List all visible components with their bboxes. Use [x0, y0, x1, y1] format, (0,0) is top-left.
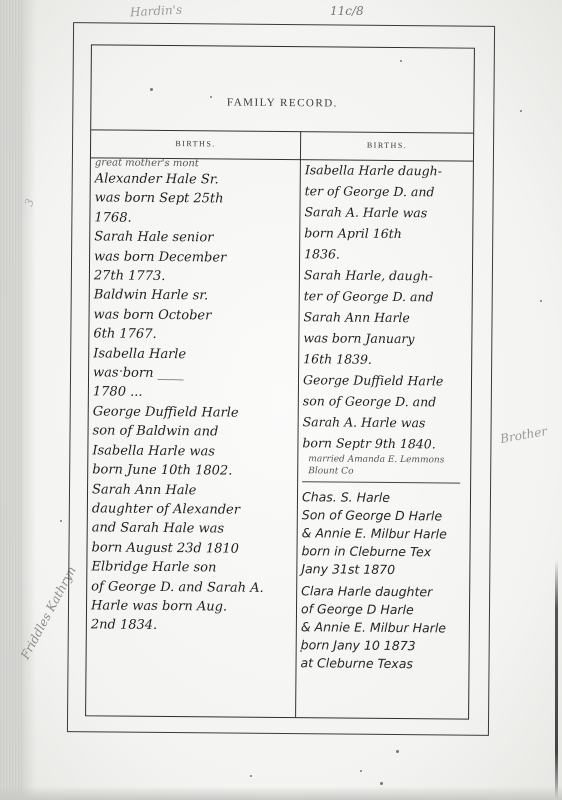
birth-entry: Isabella Harlewas born ____1780 ... — [93, 344, 297, 404]
photocopy-speck — [520, 110, 522, 112]
entry-line: ter of George D. and — [304, 285, 470, 307]
entry-line: Sarah A. Harle was — [304, 201, 470, 223]
photocopy-speck — [396, 750, 399, 753]
birth-entry: George Duffield Harleson of George D. an… — [302, 369, 469, 478]
record-frame: FAMILY RECORD. BIRTHS. BIRTHS. great mot… — [85, 44, 475, 719]
entry-line: born April 16th — [304, 222, 470, 244]
entry-line: was born Sept 25th — [95, 189, 298, 210]
entry-line: Isabella Harle daugh- — [305, 159, 471, 181]
entry-line: son of George D. and — [303, 390, 469, 412]
photocopy-speck — [300, 650, 302, 652]
entry-annotation: married Amanda E. Lemmons Blount Co — [302, 453, 468, 478]
birth-entry: George Duffield Harleson of Baldwin andI… — [92, 402, 296, 481]
entry-line: at Cleburne Texas — [300, 654, 466, 673]
entry-line: ter of George D. and — [305, 180, 471, 202]
entry-line: Clara Harle daughter — [301, 582, 467, 601]
entry-line: George Duffield Harle — [303, 369, 469, 391]
birth-entry: great mother's montAlexander Hale Sr.was… — [94, 157, 298, 229]
entry-line: son of Baldwin and — [92, 422, 295, 443]
entry-line: Sarah Harle, daugh- — [304, 264, 470, 286]
entry-line: was born January — [303, 327, 469, 349]
entry-line: Isabella Harle — [93, 344, 296, 365]
entry-line: Elbridge Harle son — [91, 557, 294, 578]
photocopy-speck — [210, 96, 212, 98]
entry-divider — [302, 481, 460, 483]
entry-line: Harle was born Aug. — [91, 596, 294, 617]
page-edge-shadow — [555, 560, 558, 800]
entry-line: Sarah Hale senior — [94, 228, 297, 249]
title-divider — [91, 129, 473, 133]
entry-line: Baldwin Harle sr. — [94, 286, 297, 307]
birth-entry: Isabella Harle daugh-ter of George D. an… — [304, 159, 471, 265]
birth-entry: Sarah Harle, daugh-ter of George D. andS… — [303, 264, 470, 370]
entry-line: & Annie E. Milbur Harle — [302, 524, 468, 543]
page-bottom-shadow — [0, 786, 562, 800]
births-column-right: Isabella Harle daugh-ter of George D. an… — [300, 159, 470, 673]
entry-line: 1836. — [304, 243, 470, 265]
birth-entry: Baldwin Harle sr.was born October6th 176… — [93, 286, 297, 346]
entry-line: born Septr 9th 1840. — [302, 432, 468, 454]
photocopy-speck — [400, 60, 402, 62]
entry-line: daughter of Alexander — [92, 499, 295, 520]
entry-line: Sarah Ann Harle — [303, 306, 469, 328]
entry-line: of George D. and Sarah A. — [91, 577, 294, 598]
entry-line: 1768. — [94, 208, 297, 229]
photocopy-speck — [540, 300, 542, 302]
entry-line: Chas. S. Harle — [302, 488, 468, 507]
photocopy-speck — [380, 782, 383, 785]
entry-line: born August 23d 1810 — [91, 538, 294, 559]
entry-line: George Duffield Harle — [93, 402, 296, 423]
column-header-left: BIRTHS. — [91, 138, 300, 149]
document-page: Hardin's 11c/8 3 Friddles Kathryn Brothe… — [0, 0, 562, 800]
entry-line: Son of George D Harle — [302, 506, 468, 525]
photocopy-speck — [250, 775, 252, 777]
page-title: FAMILY RECORD. — [91, 95, 473, 110]
entry-line: 27th 1773. — [94, 266, 297, 287]
entry-line: Sarah A. Harle was — [303, 411, 469, 433]
entry-line: Isabella Harle was — [92, 441, 295, 462]
birth-entry: Chas. S. HarleSon of George D Harle& Ann… — [301, 488, 468, 579]
entry-line: born June 10th 1802. — [92, 460, 295, 481]
photocopy-speck — [120, 370, 122, 372]
margin-note-top-left: Hardin's — [130, 3, 183, 20]
entry-line: 1780 ... — [93, 383, 296, 404]
photocopy-speck — [60, 520, 62, 522]
entry-line: 2nd 1834. — [91, 616, 294, 637]
entry-line: 16th 1839. — [303, 348, 469, 370]
entry-line: was born October — [93, 305, 296, 326]
births-column-left: great mother's montAlexander Hale Sr.was… — [91, 157, 298, 637]
entry-line: & Annie E. Milbur Harle — [301, 618, 467, 637]
entry-line: and Sarah Hale was — [92, 519, 295, 540]
entry-line: of George D Harle — [301, 600, 467, 619]
margin-note-right: Brother — [499, 424, 548, 446]
entry-line: born in Cleburne Tex — [301, 542, 467, 561]
entry-line: 6th 1767. — [93, 325, 296, 346]
birth-entry: Clara Harle daughterof George D Harle& A… — [300, 582, 467, 673]
birth-entry: Sarah Ann Haledaughter of Alexanderand S… — [91, 480, 295, 559]
photocopy-speck — [360, 770, 362, 772]
entry-line: Jany 31st 1870 — [301, 560, 467, 579]
entry-line: born Jany 10 1873 — [301, 636, 467, 655]
birth-entry: Elbridge Harle sonof George D. and Sarah… — [91, 557, 295, 636]
entry-line: Alexander Hale Sr. — [95, 169, 298, 190]
entry-line: was born ____ — [93, 363, 296, 384]
binding-edge — [0, 0, 22, 800]
entry-line: was born December — [94, 247, 297, 268]
birth-entry: Sarah Hale seniorwas born December27th 1… — [94, 228, 298, 288]
margin-note-top-right: 11c/8 — [330, 4, 364, 18]
entry-line: Sarah Ann Hale — [92, 480, 295, 501]
photocopy-speck — [150, 88, 153, 91]
column-header-right: BIRTHS. — [301, 140, 473, 151]
